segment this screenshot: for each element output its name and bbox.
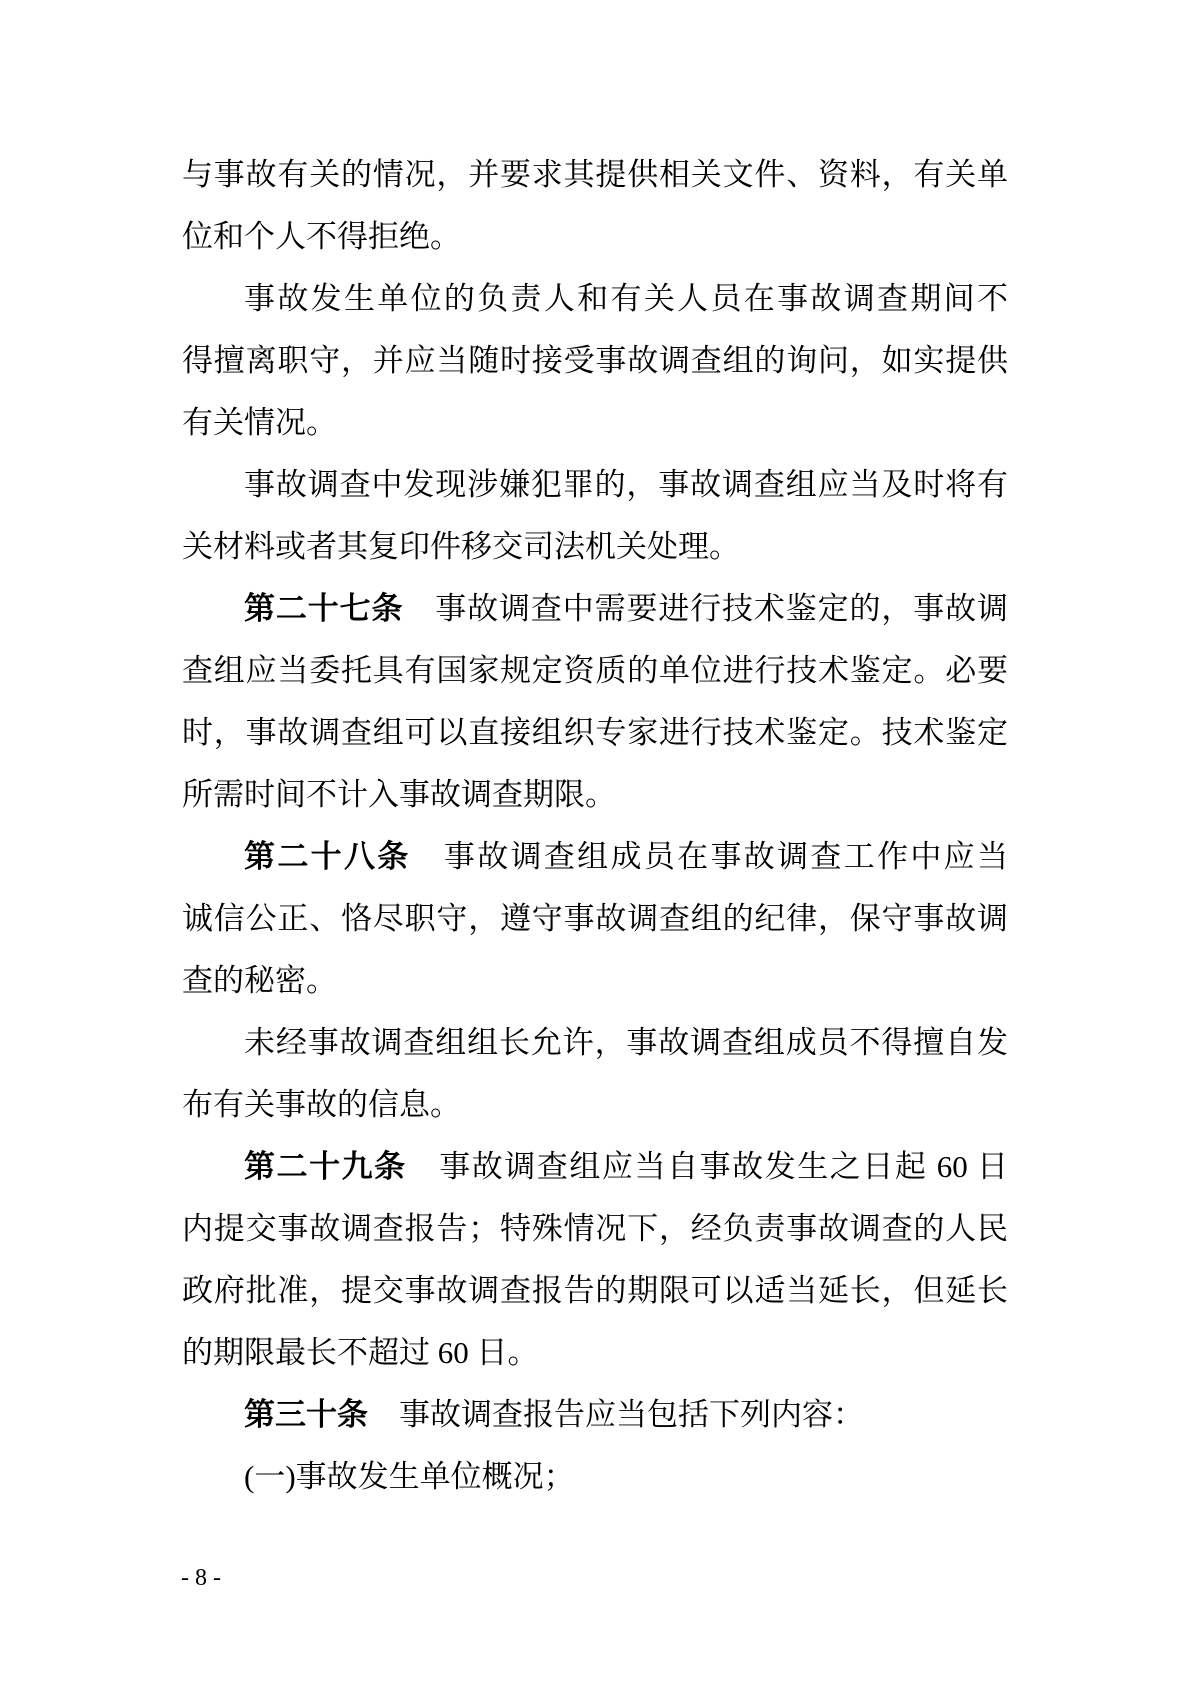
- text-run: 时，事故调查组可以直接组织专家进行技术鉴定。技术鉴定: [182, 715, 1008, 750]
- text-line: 时，事故调查组可以直接组织专家进行技术鉴定。技术鉴定: [182, 702, 1008, 764]
- page-number: - 8 -: [181, 1566, 221, 1590]
- text-run: (一)事故发生单位概况；: [244, 1459, 575, 1494]
- text-run: 布有关事故的信息。: [182, 1087, 461, 1122]
- text-line: 的期限最长不超过 60 日。: [182, 1322, 1008, 1384]
- text-line: 查的秘密。: [182, 950, 1008, 1012]
- text-line: 得擅离职守，并应当随时接受事故调查组的询问，如实提供: [182, 330, 1008, 392]
- text-run: 事故调查组应当自事故发生之日起 60 日: [407, 1149, 1008, 1184]
- text-line: 查组应当委托具有国家规定资质的单位进行技术鉴定。必要: [182, 640, 1008, 702]
- text-run: 未经事故调查组组长允许，事故调查组成员不得擅自发: [244, 1025, 1008, 1060]
- text-run: 与事故有关的情况，并要求其提供相关文件、资料，有关单: [182, 157, 1008, 192]
- text-line: 所需时间不计入事故调查期限。: [182, 764, 1008, 826]
- text-line: 政府批准，提交事故调查报告的期限可以适当延长，但延长: [182, 1260, 1008, 1322]
- article-number: 第二十八条: [244, 839, 411, 874]
- document-page: 与事故有关的情况，并要求其提供相关文件、资料，有关单位和个人不得拒绝。事故发生单…: [0, 0, 1190, 1683]
- text-run: 政府批准，提交事故调查报告的期限可以适当延长，但延长: [182, 1273, 1008, 1308]
- text-run: 事故发生单位的负责人和有关人员在事故调查期间不: [244, 281, 1008, 316]
- text-run: 得擅离职守，并应当随时接受事故调查组的询问，如实提供: [182, 343, 1008, 378]
- text-run: 位和个人不得拒绝。: [182, 219, 461, 254]
- text-block: 与事故有关的情况，并要求其提供相关文件、资料，有关单位和个人不得拒绝。事故发生单…: [182, 144, 1008, 1508]
- text-line: 第二十七条 事故调查中需要进行技术鉴定的，事故调: [182, 578, 1008, 640]
- text-line: 内提交事故调查报告；特殊情况下，经负责事故调查的人民: [182, 1198, 1008, 1260]
- text-run: 事故调查报告应当包括下列内容：: [368, 1397, 864, 1432]
- text-line: 位和个人不得拒绝。: [182, 206, 1008, 268]
- text-line: 与事故有关的情况，并要求其提供相关文件、资料，有关单: [182, 144, 1008, 206]
- text-line: 事故调查中发现涉嫌犯罪的，事故调查组应当及时将有: [182, 454, 1008, 516]
- text-line: 关材料或者其复印件移交司法机关处理。: [182, 516, 1008, 578]
- text-run: 事故调查中发现涉嫌犯罪的，事故调查组应当及时将有: [244, 467, 1008, 502]
- text-run: 的期限最长不超过 60 日。: [182, 1335, 539, 1370]
- text-run: 诚信公正、恪尽职守，遵守事故调查组的纪律，保守事故调: [182, 901, 1008, 936]
- text-run: 事故调查中需要进行技术鉴定的，事故调: [403, 591, 1008, 626]
- text-line: 布有关事故的信息。: [182, 1074, 1008, 1136]
- text-run: 所需时间不计入事故调查期限。: [182, 777, 616, 812]
- text-line: 事故发生单位的负责人和有关人员在事故调查期间不: [182, 268, 1008, 330]
- text-line: (一)事故发生单位概况；: [182, 1446, 1008, 1508]
- article-number: 第二十七条: [244, 591, 403, 626]
- text-run: 关材料或者其复印件移交司法机关处理。: [182, 529, 740, 564]
- text-line: 诚信公正、恪尽职守，遵守事故调查组的纪律，保守事故调: [182, 888, 1008, 950]
- text-run: 内提交事故调查报告；特殊情况下，经负责事故调查的人民: [182, 1211, 1008, 1246]
- article-number: 第二十九条: [244, 1149, 407, 1184]
- text-line: 第二十八条 事故调查组成员在事故调查工作中应当: [182, 826, 1008, 888]
- text-run: 查组应当委托具有国家规定资质的单位进行技术鉴定。必要: [182, 653, 1008, 688]
- article-number: 第三十条: [244, 1397, 368, 1432]
- text-line: 第三十条 事故调查报告应当包括下列内容：: [182, 1384, 1008, 1446]
- text-line: 第二十九条 事故调查组应当自事故发生之日起 60 日: [182, 1136, 1008, 1198]
- text-run: 有关情况。: [182, 405, 337, 440]
- text-line: 未经事故调查组组长允许，事故调查组成员不得擅自发: [182, 1012, 1008, 1074]
- text-line: 有关情况。: [182, 392, 1008, 454]
- text-run: 查的秘密。: [182, 963, 337, 998]
- text-run: 事故调查组成员在事故调查工作中应当: [411, 839, 1008, 874]
